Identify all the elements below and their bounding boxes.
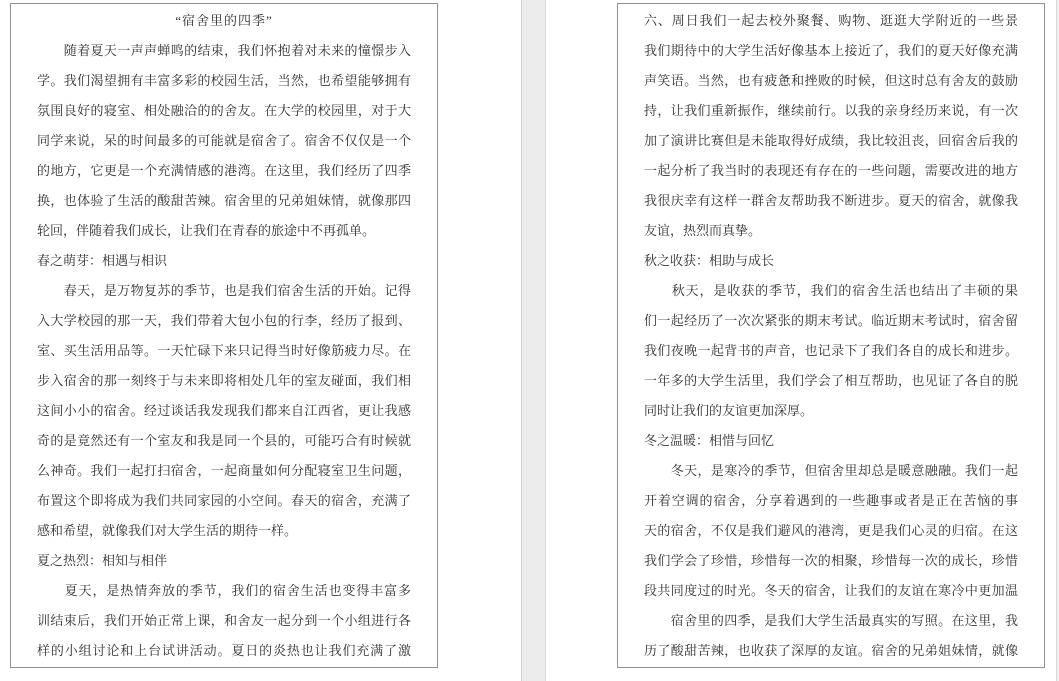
text-line: 这间小小的宿舍。经过谈话我发现我们都来自江西省，更让我感到惊 bbox=[37, 396, 411, 426]
page-1-text-frame: “宿舍里的四季” 随着夏天一声声蝉鸣的结束，我们怀抱着对未来的憧憬步入了大学。我… bbox=[10, 3, 438, 668]
text-line: 室、买生活用品等。一天忙碌下来只记得当时好像筋疲力尽。在真正 bbox=[37, 336, 411, 366]
text-line: 的地方，它更是一个充满情感的港湾。在这里，我们经历了四季的变 bbox=[37, 156, 411, 186]
text-line: 开着空调的宿舍，分享着遇到的一些趣事或者是正在苦恼的事情。冬 bbox=[644, 486, 1018, 516]
text-line: 同时让我们的友谊更加深厚。 bbox=[644, 396, 1018, 426]
section-heading: 夏之热烈：相知与相伴 bbox=[37, 546, 411, 576]
text-line: 学。我们渴望拥有丰富多彩的校园生活，当然，也希望能够拥有一个 bbox=[37, 66, 411, 96]
text-line: 春天，是万物复苏的季节，也是我们宿舍生活的开始。记得刚踏 bbox=[37, 276, 411, 306]
text-line: 秋天，是收获的季节，我们的宿舍生活也结出了丰硕的果实。我 bbox=[644, 276, 1018, 306]
text-line: 训结束后，我们开始正常上课，和舍友一起分到一个小组进行各种各 bbox=[37, 606, 411, 636]
text-line: 六、周日我们一起去校外聚餐、购物、逛逛大学附近的一些景点，和 bbox=[644, 6, 1018, 36]
text-line: 段共同度过的时光。冬天的宿舍，让我们的友谊在寒冷中更加温暖。 bbox=[644, 576, 1018, 606]
text-line: 布置这个即将成为我们共同家园的小空间。春天的宿舍，充满了新鲜 bbox=[37, 486, 411, 516]
text-line: 们一起经历了一次次紧张的期末考试。临近期末考试时，宿舍留下了 bbox=[644, 306, 1018, 336]
text-line: 我很庆幸有这样一群舍友帮助我不断进步。夏天的宿舍，就像我们的 bbox=[644, 186, 1018, 216]
text-line: 我们学会了珍惜，珍惜每一次的相聚，珍惜每一次的成长，珍惜每一 bbox=[644, 546, 1018, 576]
text-line: 宿舍里的四季，是我们大学生活最真实的写照。在这里，我们经 bbox=[644, 606, 1018, 636]
text-line: 友谊，热烈而真挚。 bbox=[644, 216, 1018, 246]
page-2-text-frame: 六、周日我们一起去校外聚餐、购物、逛逛大学附近的一些景点，和我们期待中的大学生活… bbox=[617, 3, 1045, 668]
text-line: 声笑语。当然，也有疲惫和挫败的时候，但这时总有舍友的鼓励和支 bbox=[644, 66, 1018, 96]
text-line: 天的宿舍，不仅是我们避风的港湾，更是我们心灵的归宿。在这里， bbox=[644, 516, 1018, 546]
page-gap bbox=[521, 0, 546, 681]
text-line: 冬天，是寒冷的季节，但宿舍里却总是暖意融融。我们一起待在 bbox=[644, 456, 1018, 486]
text-line: 历了酸甜苦辣，也收获了深厚的友谊。宿舍的兄弟姐妹情，就像四季 bbox=[644, 636, 1018, 666]
text-line: 入大学校园的那一天，我们带着大包小包的行李，经历了报到、找寝 bbox=[37, 306, 411, 336]
text-line: 奇的是竟然还有一个室友和我是同一个县的，可能巧合有时候就是那 bbox=[37, 426, 411, 456]
text-line: 一年多的大学生活里，我们学会了相互帮助，也见证了各自的脱变。 bbox=[644, 366, 1018, 396]
text-line: 夏天，是热情奔放的季节，我们的宿舍生活也变得丰富多彩。军 bbox=[37, 576, 411, 606]
section-heading: 冬之温暖：相惜与回忆 bbox=[644, 426, 1018, 456]
section-heading: 春之萌芽：相遇与相识 bbox=[37, 246, 411, 276]
text-line: 氛围良好的寝室、相处融洽的的舍友。在大学的校园里，对于大部分 bbox=[37, 96, 411, 126]
text-line: 感和希望，就像我们对大学生活的期待一样。 bbox=[37, 516, 411, 546]
text-line: 我们期待中的大学生活好像基本上接近了，我们的夏天好像充满了欢 bbox=[644, 36, 1018, 66]
text-line: 样的小组讨论和上台试讲活动。夏日的炎热也让我们充满了激情，周 bbox=[37, 636, 411, 666]
text-line: 加了演讲比赛但是未能取得好成绩，我比较沮丧，回宿舍后我的室友 bbox=[644, 126, 1018, 156]
document-title: “宿舍里的四季” bbox=[37, 6, 411, 36]
text-line: 随着夏天一声声蝉鸣的结束，我们怀抱着对未来的憧憬步入了大 bbox=[37, 36, 411, 66]
text-line: 么神奇。我们一起打扫宿舍，一起商量如何分配寝室卫生问题，一起 bbox=[37, 456, 411, 486]
text-line: 一起分析了我当时的表现还有存在的一些问题，需要改进的地方等， bbox=[644, 156, 1018, 186]
document-viewer: “宿舍里的四季” 随着夏天一声声蝉鸣的结束，我们怀抱着对未来的憧憬步入了大学。我… bbox=[0, 0, 1059, 681]
text-line: 轮回，伴随着我们成长，让我们在青春的旅途中不再孤单。 bbox=[37, 216, 411, 246]
text-line: 同学来说，呆的时间最多的可能就是宿舍了。宿舍不仅仅是一个休息 bbox=[37, 126, 411, 156]
section-heading: 秋之收获：相助与成长 bbox=[644, 246, 1018, 276]
text-line: 步入宿舍的那一刻终于与未来即将相处几年的室友碰面，我们相遇在 bbox=[37, 366, 411, 396]
text-line: 持，让我们重新振作，继续前行。以我的亲身经历来说，有一次我参 bbox=[644, 96, 1018, 126]
text-line: 换，也体验了生活的酸甜苦辣。宿舍里的兄弟姐妹情，就像那四季的 bbox=[37, 186, 411, 216]
text-line: 我们夜晚一起背书的声音，也记录下了我们各自的成长和进步。在这 bbox=[644, 336, 1018, 366]
